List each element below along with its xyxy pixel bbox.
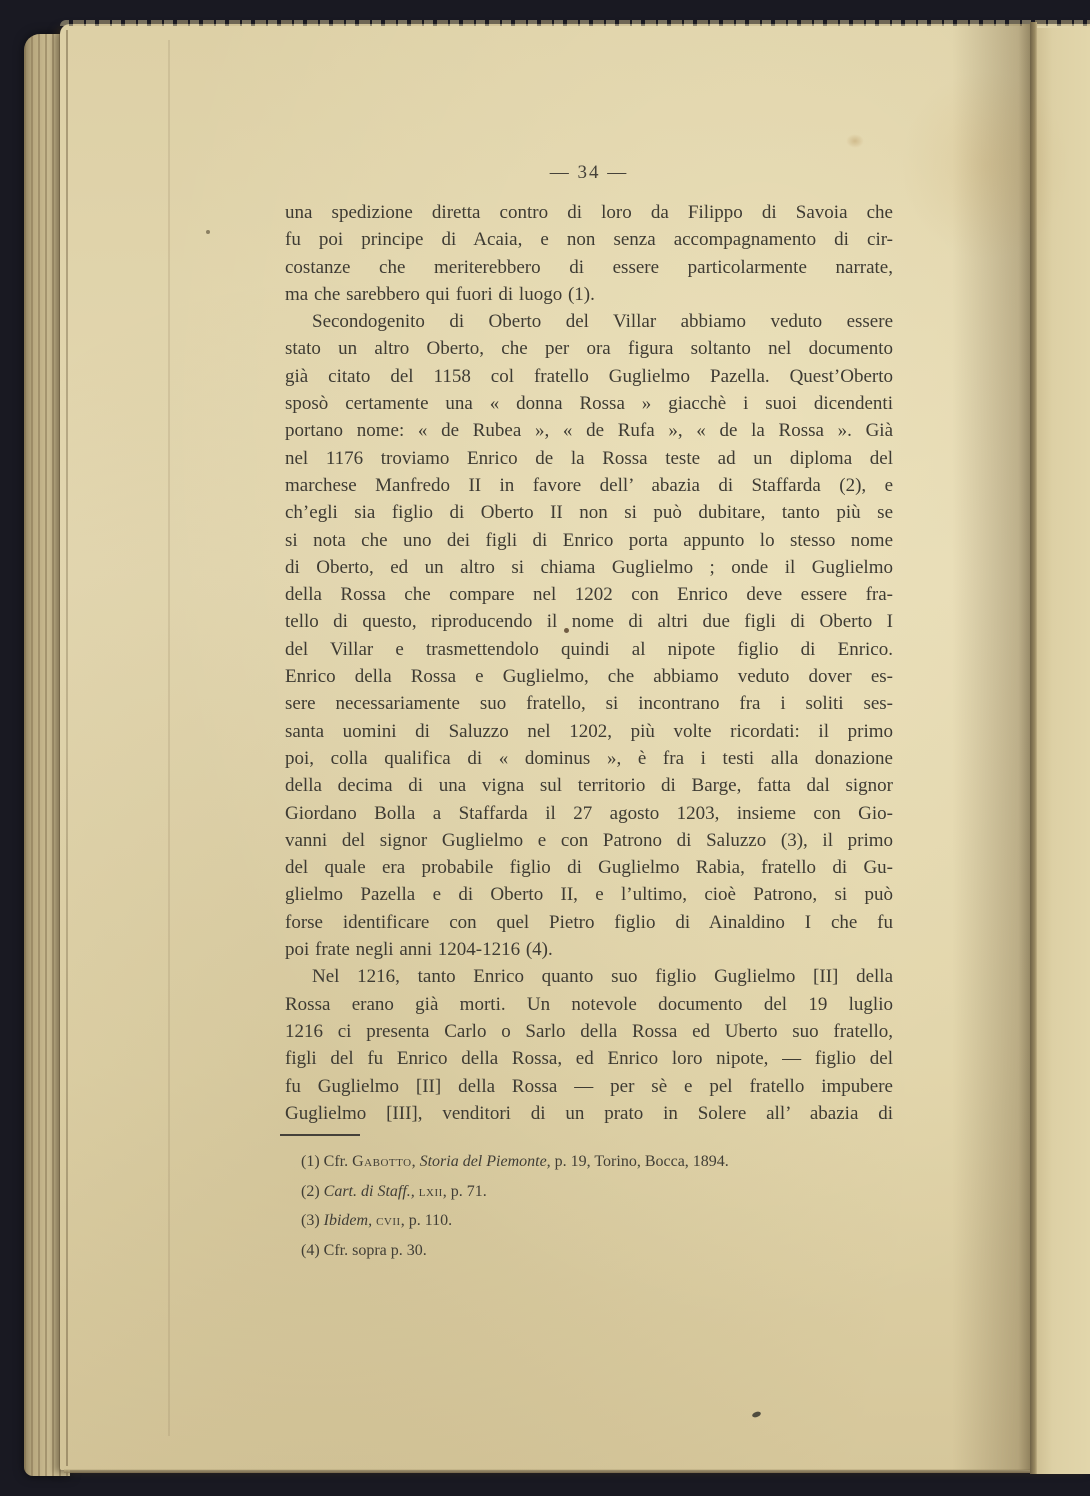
footnote-segment: , bbox=[412, 1153, 420, 1170]
text-block: — 34 — una spedizione diretta contro di … bbox=[285, 162, 893, 1265]
footnotes: (1) Cfr. Gabotto, Storia del Piemonte, p… bbox=[285, 1147, 893, 1265]
text-line: ma che sarebbero qui fuori di luogo (1). bbox=[285, 281, 893, 308]
page-fold-line bbox=[168, 40, 170, 1436]
footnote: (4) Cfr. sopra p. 30. bbox=[285, 1236, 893, 1266]
text-line: Secondogenito di Oberto del Villar abbia… bbox=[285, 308, 893, 335]
text-line: Giordano Bolla a Staffarda il 27 agosto … bbox=[285, 800, 893, 827]
footnote: (1) Cfr. Gabotto, Storia del Piemonte, p… bbox=[285, 1147, 893, 1177]
footnote-segment: , p. 110. bbox=[401, 1212, 452, 1229]
text-line: portano nome: « de Rubea », « de Rufa »,… bbox=[285, 417, 893, 444]
footnote-numeral-smallcaps: lxii bbox=[419, 1183, 443, 1200]
footnote-title-italic: Cart. di Staff., bbox=[324, 1183, 415, 1200]
text-line: santa uomini di Saluzzo nel 1202, più vo… bbox=[285, 718, 893, 745]
paper-stain bbox=[900, 70, 1070, 260]
footnote-segment: (1) Cfr. bbox=[301, 1153, 352, 1170]
text-line: stato un altro Oberto, che per ora figur… bbox=[285, 335, 893, 362]
text-line: nel 1176 troviamo Enrico de la Rossa tes… bbox=[285, 445, 893, 472]
text-line: sere necessariamente suo fratello, si in… bbox=[285, 690, 893, 717]
adjacent-page-edge bbox=[1037, 28, 1090, 1474]
footnote-segment: (4) Cfr. sopra p. 30. bbox=[301, 1242, 427, 1259]
text-line: del Villar e trasmettendolo quindi al ni… bbox=[285, 636, 893, 663]
ink-speck bbox=[206, 230, 210, 234]
text-line: della decima di una vigna sul territorio… bbox=[285, 772, 893, 799]
text-line: della Rossa che compare nel 1202 con Enr… bbox=[285, 581, 893, 608]
footnote-segment: (2) bbox=[301, 1183, 324, 1200]
text-line: Rossa erano già morti. Un notevole docum… bbox=[285, 991, 893, 1018]
footnote-title-italic: Storia del Piemonte, bbox=[420, 1153, 551, 1170]
footnote-segment: , p. 71. bbox=[443, 1183, 487, 1200]
text-line: di Oberto, ed un altro si chiama Gugliel… bbox=[285, 554, 893, 581]
footnote-segment: (3) bbox=[301, 1212, 324, 1229]
page-number: — 34 — bbox=[285, 162, 893, 184]
footnote-title-italic: Ibidem, bbox=[324, 1212, 372, 1229]
text-line: vanni del signor Guglielmo e con Patrono… bbox=[285, 827, 893, 854]
footnote-rule bbox=[280, 1134, 360, 1136]
text-line: già citato del 1158 col fratello Gugliel… bbox=[285, 363, 893, 390]
body-text: una spedizione diretta contro di loro da… bbox=[285, 199, 893, 1127]
footnote: (2) Cart. di Staff., lxii, p. 71. bbox=[285, 1177, 893, 1207]
text-line: marchese Manfredo II in favore dell’ aba… bbox=[285, 472, 893, 499]
text-line: 1216 ci presenta Carlo o Sarlo della Ros… bbox=[285, 1018, 893, 1045]
text-line: Guglielmo [III], venditori di un prato i… bbox=[285, 1100, 893, 1127]
text-line: figli del fu Enrico della Rossa, ed Enri… bbox=[285, 1045, 893, 1072]
text-line: del quale era probabile figlio di Guglie… bbox=[285, 854, 893, 881]
text-line: costanze che meriterebbero di essere par… bbox=[285, 254, 893, 281]
page-left-crease bbox=[66, 30, 68, 1466]
footnote-numeral-smallcaps: cvii bbox=[376, 1212, 401, 1229]
text-line: poi frate negli anni 1204-1216 (4). bbox=[285, 936, 893, 963]
footnote-segment: p. 19, Torino, Bocca, 1894. bbox=[551, 1153, 729, 1170]
text-line: fu Guglielmo [II] della Rossa — per sè e… bbox=[285, 1073, 893, 1100]
text-line: forse identificare con quel Pietro figli… bbox=[285, 909, 893, 936]
text-line: si nota che uno dei figli di Enrico port… bbox=[285, 527, 893, 554]
text-line: Nel 1216, tanto Enrico quanto suo figlio… bbox=[285, 963, 893, 990]
text-line: sposò certamente una « donna Rossa » gia… bbox=[285, 390, 893, 417]
text-line: ch’egli sia figlio di Oberto II non si p… bbox=[285, 499, 893, 526]
foxing-spot bbox=[846, 134, 864, 148]
text-line: poi, colla qualifica di « dominus », è f… bbox=[285, 745, 893, 772]
text-line: glielmo Pazella e di Oberto II, e l’ulti… bbox=[285, 881, 893, 908]
text-line: fu poi principe di Acaia, e non senza ac… bbox=[285, 226, 893, 253]
text-line: una spedizione diretta contro di loro da… bbox=[285, 199, 893, 226]
text-line: tello di questo, riproducendo il nome di… bbox=[285, 608, 893, 635]
footnote-author-smallcaps: Gabotto bbox=[352, 1153, 411, 1170]
footnote: (3) Ibidem, cvii, p. 110. bbox=[285, 1206, 893, 1236]
text-line: Enrico della Rossa e Guglielmo, che abbi… bbox=[285, 663, 893, 690]
